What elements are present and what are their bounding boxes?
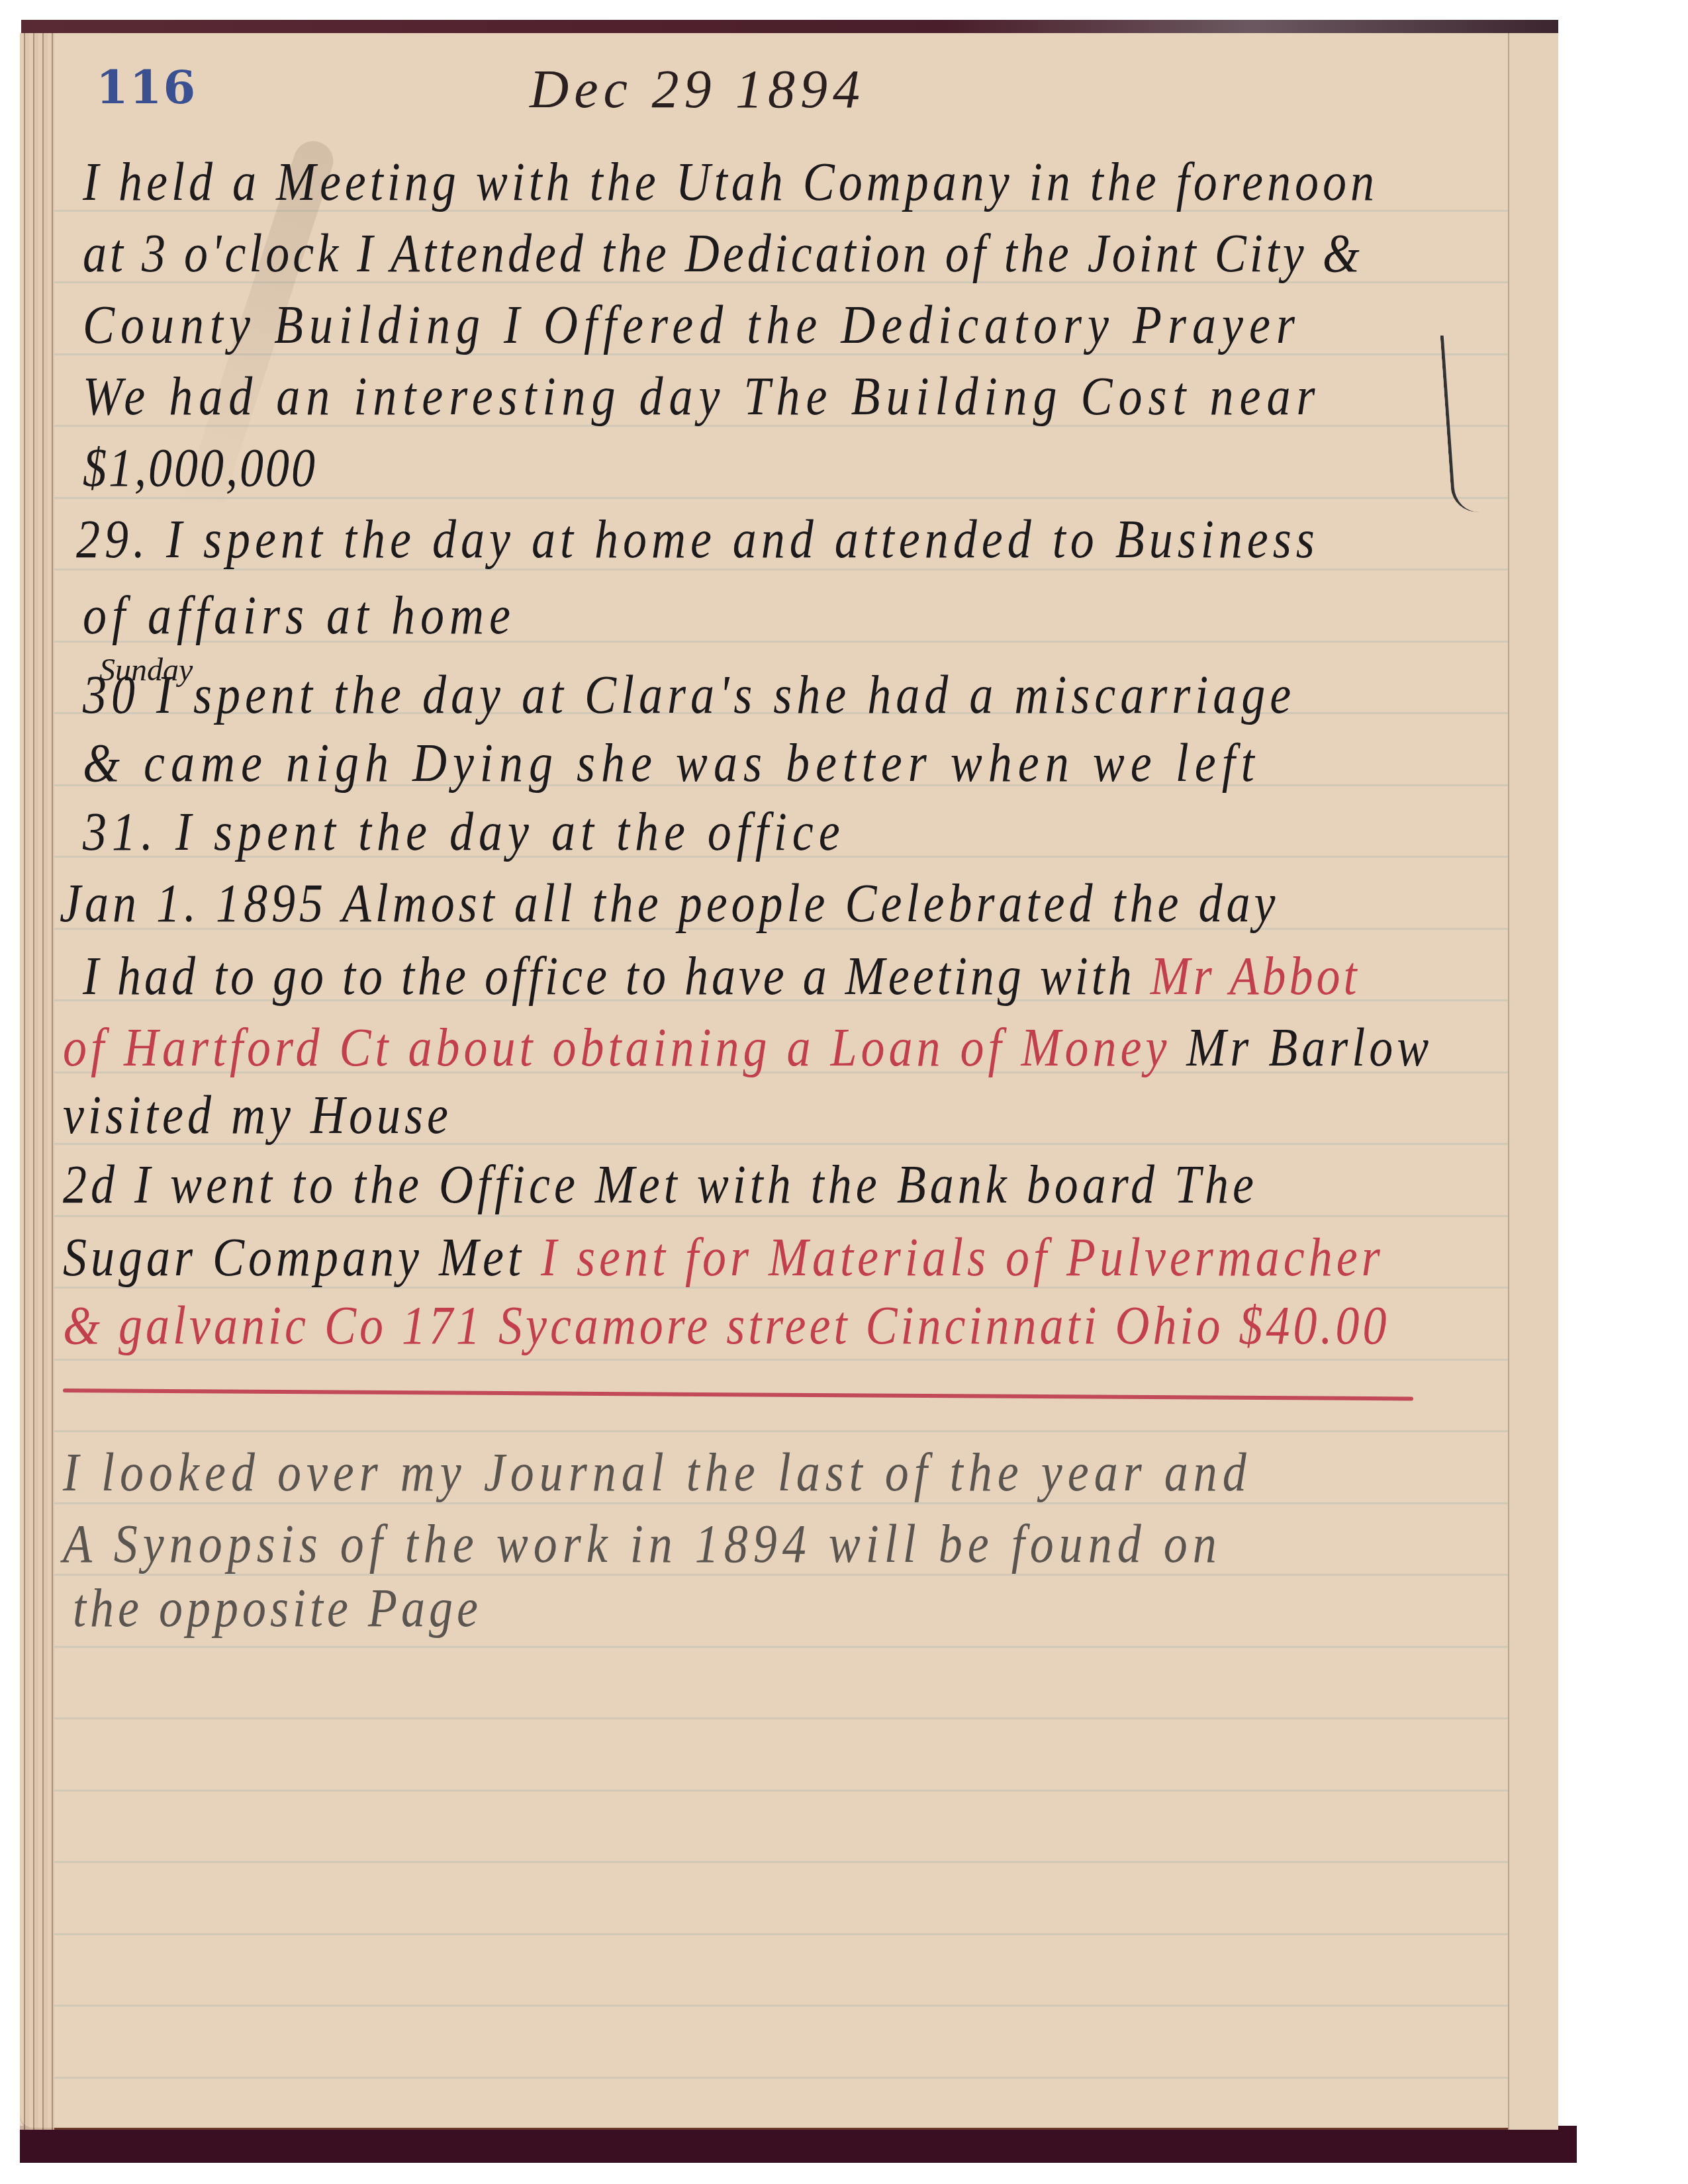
journal-line: County Building I Offered the Dedicatory… — [83, 294, 1301, 357]
journal-line: $1,000,000 — [83, 437, 317, 500]
ruled-line — [54, 1790, 1508, 1792]
journal-line: visited my House — [63, 1084, 452, 1147]
journal-line-pencil: the opposite Page — [73, 1577, 482, 1640]
line-segment-black: Sugar Company Met — [63, 1227, 541, 1288]
journal-line: I held a Meeting with the Utah Company i… — [83, 151, 1378, 214]
page-number: 116 — [96, 60, 197, 114]
journal-line: 29. I spent the day at home and attended… — [76, 508, 1319, 571]
journal-line: at 3 o'clock I Attended the Dedication o… — [83, 222, 1363, 285]
ruled-line — [54, 1717, 1508, 1719]
ruled-line — [54, 1430, 1508, 1432]
journal-line: & galvanic Co 171 Sycamore street Cincin… — [63, 1295, 1389, 1357]
red-divider-rule — [63, 1388, 1413, 1400]
page-fold — [1508, 33, 1558, 2130]
journal-line: 2d I went to the Office Met with the Ban… — [63, 1154, 1258, 1216]
header-date: Dec 29 1894 — [530, 58, 865, 120]
journal-line: I had to go to the office to have a Meet… — [83, 945, 1360, 1008]
journal-line: We had an interesting day The Building C… — [83, 365, 1321, 428]
ruled-line — [54, 1933, 1508, 1935]
margin-bracket-mark — [1440, 334, 1483, 514]
journal-line: of affairs at home — [83, 584, 516, 647]
line-segment-black: Mr Barlow — [1186, 1017, 1432, 1078]
journal-line: & came nigh Dying she was better when we… — [83, 732, 1260, 795]
page-edge-stack — [20, 33, 54, 2130]
book-cover-bottom — [20, 2126, 1577, 2163]
journal-line-pencil: A Synopsis of the work in 1894 will be f… — [63, 1513, 1222, 1576]
journal-line: Sugar Company Met I sent for Materials o… — [63, 1226, 1384, 1289]
ruled-line — [54, 1646, 1508, 1648]
ruled-line — [54, 2077, 1508, 2079]
ruled-line — [54, 1359, 1508, 1361]
line-segment-red: I sent for Materials of Pulvermacher — [541, 1227, 1384, 1288]
ruled-line — [54, 2005, 1508, 2007]
line-segment-black: I had to go to the office to have a Meet… — [83, 946, 1150, 1007]
journal-line: 30 I spent the day at Clara's she had a … — [83, 664, 1295, 727]
journal-line: 31. I spent the day at the office — [83, 801, 845, 864]
line-segment-red: Mr Abbot — [1150, 946, 1360, 1007]
journal-line: Jan 1. 1895 Almost all the people Celebr… — [60, 872, 1279, 935]
journal-page: 116 Dec 29 1894 I held a Meeting with th… — [20, 33, 1557, 2130]
journal-line-pencil: I looked over my Journal the last of the… — [63, 1441, 1252, 1504]
ruled-line — [54, 1861, 1508, 1863]
line-segment-red: of Hartford Ct about obtaining a Loan of… — [63, 1017, 1186, 1078]
journal-line: of Hartford Ct about obtaining a Loan of… — [63, 1017, 1432, 1079]
